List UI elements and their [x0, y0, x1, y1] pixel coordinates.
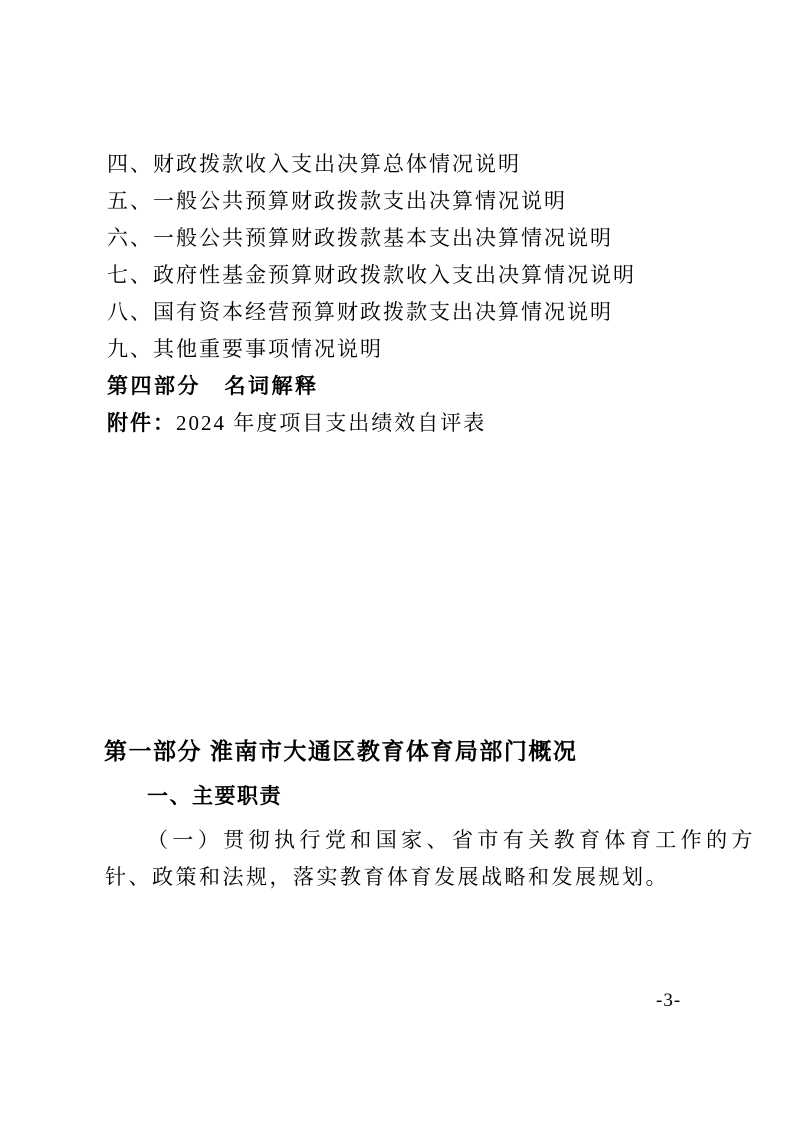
subsection-heading: 一、主要职责: [147, 780, 282, 810]
table-of-contents: 四、财政拨款收入支出决算总体情况说明 五、一般公共预算财政拨款支出决算情况说明 …: [107, 146, 636, 442]
toc-item-8: 八、国有资本经营预算财政拨款支出决算情况说明: [107, 294, 636, 331]
toc-item-5: 五、一般公共预算财政拨款支出决算情况说明: [107, 183, 636, 220]
toc-item-9: 九、其他重要事项情况说明: [107, 331, 636, 368]
body-paragraph: （一）贯彻执行党和国家、省市有关教育体育工作的方针、政策和法规，落实教育体育发展…: [105, 822, 755, 896]
attachment-text: 2024 年度项目支出绩效自评表: [176, 411, 486, 435]
section4-heading: 第四部分 名词解释: [107, 368, 636, 405]
document-page: 四、财政拨款收入支出决算总体情况说明 五、一般公共预算财政拨款支出决算情况说明 …: [0, 0, 793, 1122]
toc-item-6: 六、一般公共预算财政拨款基本支出决算情况说明: [107, 220, 636, 257]
toc-item-7: 七、政府性基金预算财政拨款收入支出决算情况说明: [107, 257, 636, 294]
attachment-line: 附件：2024 年度项目支出绩效自评表: [107, 405, 636, 442]
part1-heading: 第一部分 淮南市大通区教育体育局部门概况: [104, 733, 577, 766]
attachment-label: 附件：: [107, 411, 176, 435]
toc-item-4: 四、财政拨款收入支出决算总体情况说明: [107, 146, 636, 183]
page-number: -3-: [656, 990, 681, 1012]
